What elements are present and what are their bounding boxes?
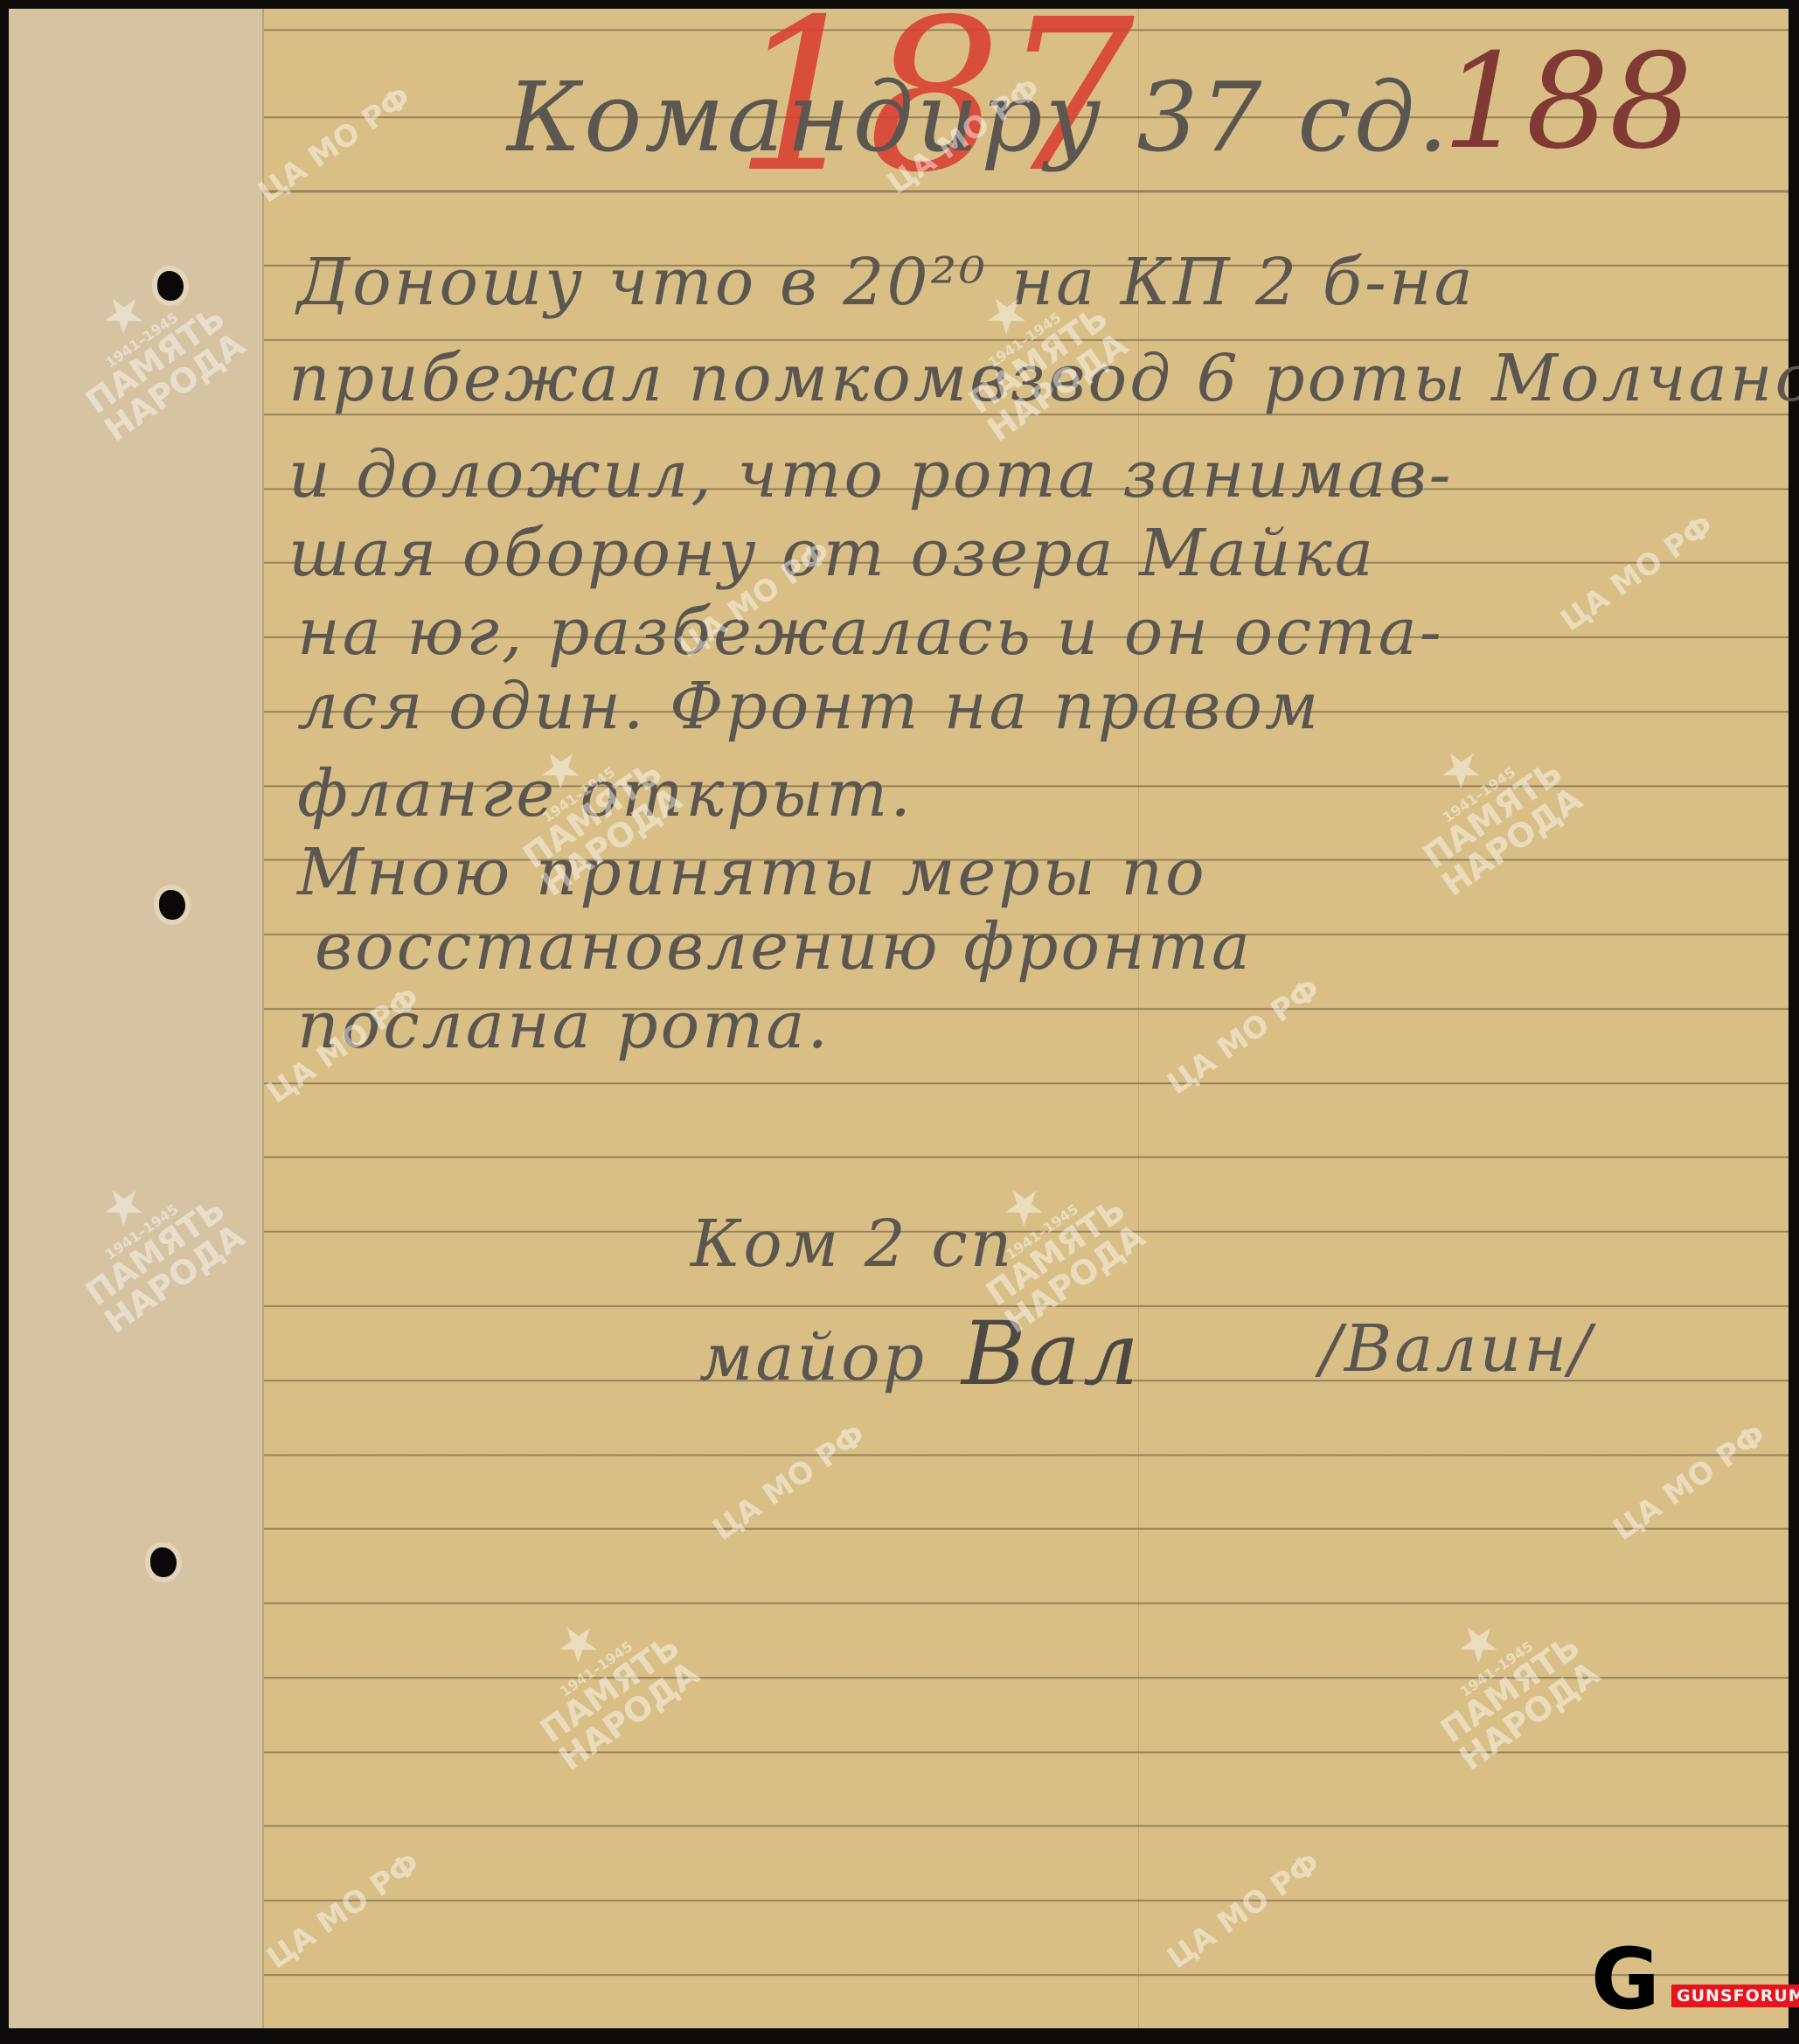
- page-number: 188: [1442, 26, 1692, 178]
- punch-hole: [159, 890, 185, 920]
- body-line: восстановлению фронта: [315, 909, 1253, 984]
- body-line: Доношу что в 20²⁰ на КП 2 б-на: [297, 245, 1476, 320]
- body-line: Мною приняты меры по: [297, 835, 1207, 910]
- binding-margin: [9, 9, 264, 2028]
- logo-letter: G: [1591, 1937, 1660, 2021]
- body-line: фланге открыт.: [297, 756, 913, 831]
- logo-badge: GUNSFORUM: [1671, 1985, 1799, 2007]
- gunsforum-logo: G GUNSFORUM: [1591, 1948, 1792, 2027]
- signature-scribble: Вал: [962, 1303, 1142, 1405]
- signature-name: /Валин/: [1320, 1311, 1594, 1387]
- punch-hole: [157, 271, 184, 301]
- punch-hole: [150, 1547, 177, 1577]
- body-line: прибежал помкомвзвод 6 роты Молчанов: [288, 341, 1799, 416]
- scan-frame: 187 188 Командиру 37 сд. Доношу что в 20…: [0, 0, 1799, 2044]
- document-header: Командиру 37 сд.: [507, 61, 1451, 173]
- signature-title: Ком 2 сп: [691, 1206, 1014, 1282]
- body-line: и доложил, что рота занимав-: [288, 437, 1454, 512]
- body-line: на юг, разбежалась и он оста-: [297, 594, 1444, 670]
- body-line: шая оборону от озера Майка: [288, 516, 1376, 591]
- signature-rank: майор: [699, 1320, 927, 1395]
- body-line: лся один. Фронт на правом: [297, 669, 1321, 744]
- body-line: послана рота.: [297, 988, 830, 1063]
- document-sheet: 187 188 Командиру 37 сд. Доношу что в 20…: [9, 9, 1789, 2028]
